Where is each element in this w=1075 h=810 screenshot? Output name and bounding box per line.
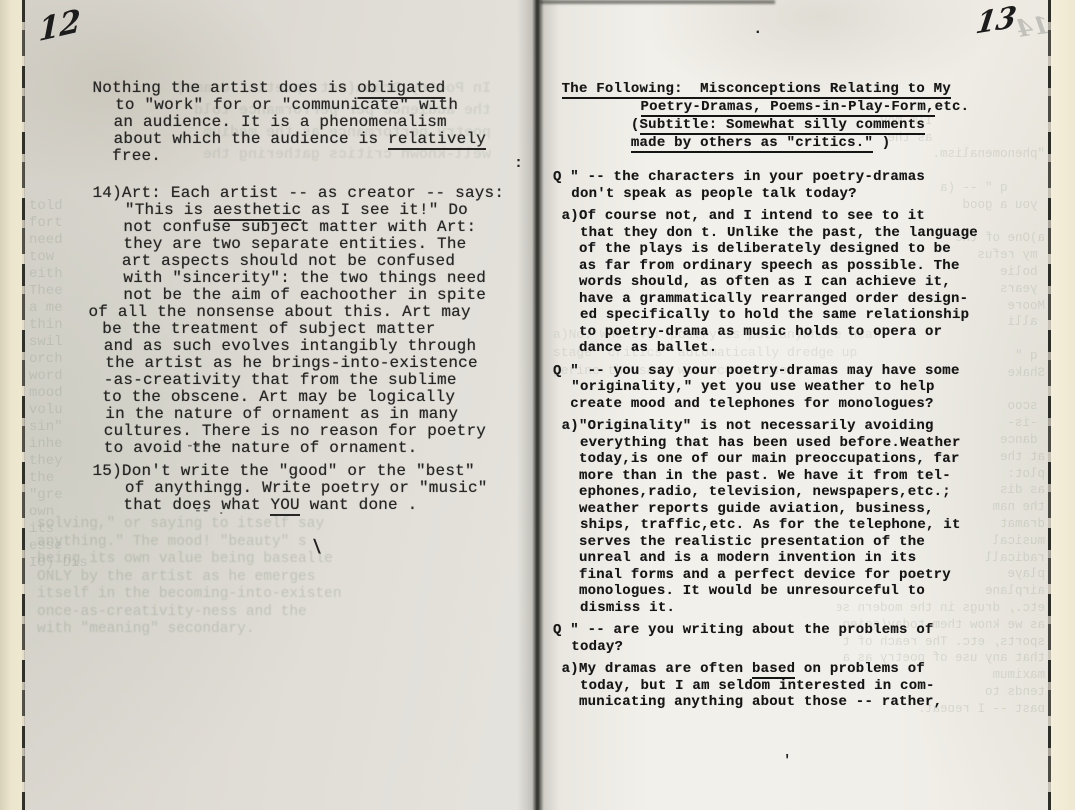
- text-line: in the nature of ornament as in many: [96, 406, 508, 423]
- text-line: sin": [29, 419, 88, 436]
- text-line: not confuse subject matter with Art:: [94, 219, 506, 236]
- text-line: monologues. It would be unresourceful to: [553, 583, 977, 600]
- text-line: more than in the past. We have it from t…: [553, 468, 977, 485]
- text-line: the artist as he brings-into-existence: [96, 355, 508, 372]
- paragraph: a)Of course not, and I intend to see to …: [553, 208, 977, 357]
- text-line: anything." The mood! "beauty" s: [37, 534, 342, 552]
- section-heading: The Following: Misconceptions Relating t…: [553, 80, 977, 152]
- text-line: today?: [554, 639, 978, 656]
- book-edge-right: [1051, 0, 1075, 810]
- text-line: "originality," yet you use weather to he…: [554, 379, 978, 396]
- text-line: fort: [29, 215, 88, 232]
- text-line: "This is aesthetic as I see it!" Do: [96, 202, 508, 219]
- text-line: (Subtitle: Somewhat silly comments: [553, 116, 977, 134]
- typed-dash-mark: -- .: [194, 503, 225, 518]
- text-line: of anythingg. Write poetry or "music": [96, 480, 508, 497]
- book-edge-left: [0, 0, 24, 810]
- text-line: ships, traffic,etc. As for the telephone…: [554, 517, 978, 534]
- text-line: everything that has been used before.Wea…: [554, 435, 978, 452]
- text-line: weather reports guide aviation, business…: [553, 501, 977, 518]
- text-line: "gre: [29, 487, 88, 504]
- text-line: ONLY by the artist as he emerges: [37, 569, 342, 587]
- text-line: dance as ballet.: [553, 340, 977, 357]
- text-line: final forms and a perfect device for poe…: [553, 567, 977, 584]
- paragraph: Q " -- you say your poetry-dramas may ha…: [553, 363, 977, 413]
- text-line: of the plays is deliberately designed to…: [553, 241, 977, 258]
- text-line: -as-creativity that from the sublime: [94, 372, 506, 389]
- text-line: told: [29, 198, 88, 215]
- text-line: Q " -- you say your poetry-dramas may ha…: [553, 363, 977, 380]
- text-line: being its own value being basealle: [37, 551, 342, 569]
- page-right: 13 a)No. Whenever poetry is put anywhere…: [539, 0, 1048, 810]
- text-line: and as such evolves intangibly through: [94, 338, 506, 355]
- page-left: 12 In Poetry-Drama(not "poetic" drama)th…: [25, 0, 536, 810]
- text-line: word: [29, 368, 88, 385]
- paragraph: 14)Art: Each artist -- as creator -- say…: [94, 185, 506, 457]
- page-left-text: Nothing the artist does is obligated to …: [94, 80, 506, 520]
- text-line: ephones,radio, television, newspapers,et…: [553, 484, 977, 501]
- text-line: to avoid the nature of ornament.: [94, 440, 506, 457]
- bleedthrough-left-margin: toldfortneedtoweithTheea methinswilorchw…: [29, 198, 88, 572]
- page-right-text: The Following: Misconceptions Relating t…: [553, 80, 977, 717]
- page-cut-edge-right: [1048, 0, 1051, 810]
- text-line: dismiss it.: [554, 600, 978, 617]
- scan-smudge: [540, 0, 775, 4]
- text-line: made by others as "critics." ): [553, 134, 977, 152]
- text-line: ed specifically to hold the same relatio…: [554, 307, 978, 324]
- text-line: 14)Art: Each artist -- as creator -- say…: [93, 185, 505, 202]
- text-line: mood: [29, 385, 88, 402]
- text-line: art aspects should not be confused: [93, 253, 505, 270]
- text-line: have a grammatically rearranged order de…: [553, 291, 977, 308]
- text-line: don't speak as people talk today?: [554, 186, 978, 203]
- text-line: to poetry-drama as music holds to opera …: [553, 324, 977, 341]
- book-scan: 12 In Poetry-Drama(not "poetic" drama)th…: [0, 0, 1075, 810]
- paragraph: Q " -- are you writing about the problem…: [553, 622, 977, 655]
- text-line: 15)Don't write the "good" or the "best": [93, 463, 505, 480]
- text-line: to the obscene. Art may be logically: [93, 389, 505, 406]
- text-line: volu: [29, 402, 88, 419]
- text-line: tow: [29, 249, 88, 266]
- text-line: about which the audience is relatively: [94, 131, 506, 148]
- text-line: swil: [29, 334, 88, 351]
- ink-tick: ': [783, 753, 791, 769]
- bleedthrough-left-bottom: solving," or saying to itself sayanythin…: [37, 516, 342, 639]
- text-line: thin: [29, 317, 88, 334]
- text-line: Poetry-Dramas, Poems-in-Play-Form,etc.: [554, 98, 978, 116]
- text-line: a)"Originality" is not necessarily avoid…: [553, 418, 977, 435]
- text-line: orch: [29, 351, 88, 368]
- bleedthrough-page-number: 14: [1014, 10, 1051, 43]
- text-line: a)Of course not, and I intend to see to …: [553, 208, 977, 225]
- ink-dot: .: [753, 20, 763, 38]
- text-line: that they don t. Unlike the past, the la…: [554, 225, 978, 242]
- text-line: Q " -- the characters in your poetry-dra…: [553, 169, 977, 186]
- paragraph: a)My dramas are often based on problems …: [553, 661, 977, 711]
- text-line: esse: [29, 538, 88, 555]
- text-line: with "meaning" secondary.: [37, 621, 342, 639]
- typed-dash-mark: -- -: [186, 438, 217, 453]
- text-line: unreal and is a modern invention in its: [553, 550, 977, 567]
- text-line: Thee: [29, 283, 88, 300]
- paragraph: Q " -- the characters in your poetry-dra…: [553, 169, 977, 202]
- text-line: eith: [29, 266, 88, 283]
- paragraph: Nothing the artist does is obligated to …: [94, 80, 506, 165]
- text-line: a)My dramas are often based on problems …: [553, 661, 977, 678]
- text-line: own: [29, 504, 88, 521]
- text-line: free.: [93, 148, 505, 165]
- text-line: the: [29, 470, 88, 487]
- text-line: Q " -- are you writing about the problem…: [553, 622, 977, 639]
- page-number-right: 13: [974, 0, 1019, 41]
- text-line: that does what YOU want done .: [94, 497, 506, 514]
- text-line: itself in the becoming-into-existen: [37, 586, 342, 604]
- text-line: create mood and telephones for monologue…: [553, 396, 977, 413]
- page-number-left: 12: [38, 3, 81, 50]
- text-line: not be the aim of eachoother in spite: [94, 287, 506, 304]
- text-line: today,is one of our main preoccupations,…: [553, 451, 977, 468]
- text-line: inhe: [29, 436, 88, 453]
- text-line: they are two separate entities. The: [94, 236, 506, 253]
- text-line: its: [29, 521, 88, 538]
- text-line: of all the nonsense about this. Art may: [89, 304, 508, 321]
- text-line: today, but I am seldom interested in com…: [554, 678, 978, 695]
- text-line: once-as-creativity-ness and the: [37, 604, 342, 622]
- text-line: a me: [29, 300, 88, 317]
- text-line: cultures. There is no reason for poetry: [94, 423, 506, 440]
- qa-section: Q " -- the characters in your poetry-dra…: [553, 169, 977, 711]
- text-line: words should, as often as I can achieve …: [553, 274, 977, 291]
- paragraph: a)"Originality" is not necessarily avoid…: [553, 418, 977, 616]
- text-line: an audience. It is a phenomenalism: [94, 114, 506, 131]
- text-line: The Following: Misconceptions Relating t…: [553, 80, 977, 98]
- text-line: Nothing the artist does is obligated: [93, 80, 505, 97]
- text-line: to "work" for or "communicate" with: [96, 97, 508, 114]
- book-spine-gutter: [517, 0, 559, 810]
- text-line: municating anything about those -- rathe…: [553, 694, 977, 711]
- text-line: IO) Dis: [29, 555, 88, 572]
- text-line: they: [29, 453, 88, 470]
- text-line: serves the realistic presentation of the: [553, 534, 977, 551]
- text-line: as far from ordinary speech as possible.…: [553, 258, 977, 275]
- text-line: be the treatment of subject matter: [93, 321, 505, 338]
- text-line: with "sincerity": the two things need: [94, 270, 506, 287]
- paragraph: 15)Don't write the "good" or the "best" …: [94, 463, 506, 514]
- text-line: need: [29, 232, 88, 249]
